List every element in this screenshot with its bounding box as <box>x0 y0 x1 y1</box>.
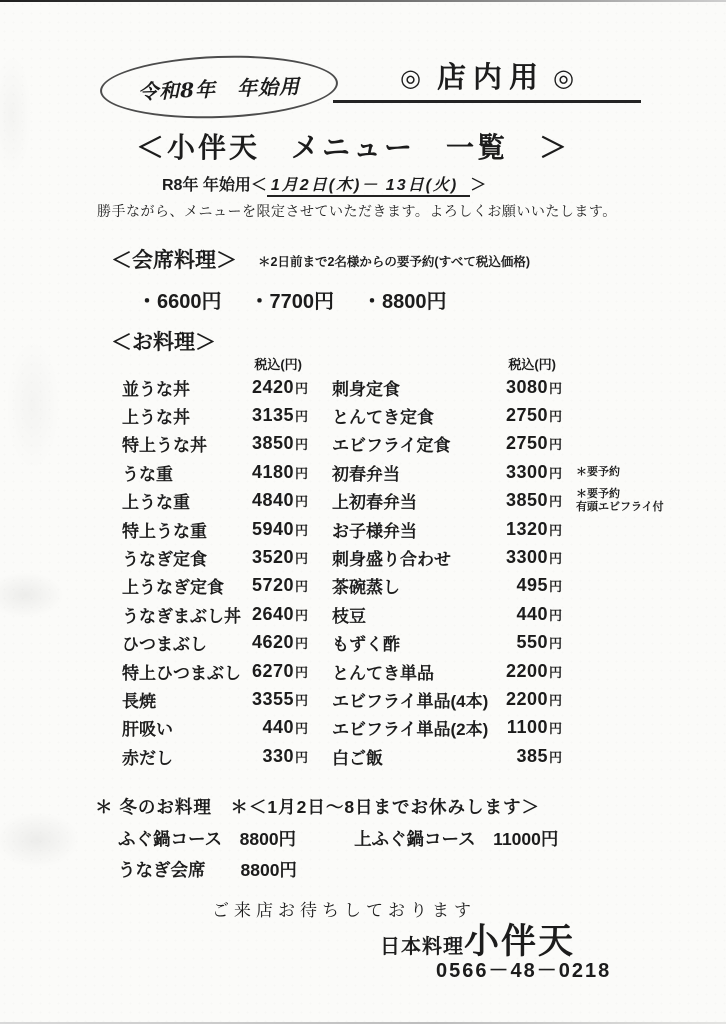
menu-title: ＜小伴天 メニュー 一覧 ＞ <box>136 126 570 166</box>
phone-number: 0566－48－0218 <box>436 954 611 983</box>
yen-suffix: 円 <box>295 494 308 509</box>
winter-items-line1: ふぐ鍋コース 8800円 上ふぐ鍋コース 11000円 <box>118 826 558 851</box>
dish-price: 3300円 <box>500 462 562 483</box>
yen-suffix: 円 <box>549 636 562 651</box>
dishes-table: 税込(円) 税込(円) 並うな丼 2420円 刺身定食 3080円 上うな丼 3… <box>122 352 720 770</box>
table-row: 肝吸い 440円 エビフライ単品(2本) 1100円 <box>122 714 720 742</box>
dish-name: うなぎまぶし丼 <box>122 602 234 627</box>
scan-top-edge <box>0 0 726 2</box>
dish-name: とんてき単品 <box>332 659 500 684</box>
dish-price: 2200円 <box>500 661 562 682</box>
winter-item: 上ふぐ鍋コース 11000円 <box>354 826 558 851</box>
table-row: うなぎまぶし丼 2640円 枝豆 440円 <box>122 600 720 628</box>
yen-suffix: 円 <box>549 551 562 566</box>
dish-price: 385円 <box>500 746 562 767</box>
dish-name: 上初春弁当 <box>332 488 500 513</box>
dish-price: 2200円 <box>500 689 562 710</box>
yen-suffix: 円 <box>295 693 308 708</box>
dish-price: 3850円 <box>500 490 562 511</box>
dish-price: 3355円 <box>234 689 308 710</box>
scan-smudge <box>0 572 64 618</box>
scanned-menu-page: 令和8年 年始用 ◎ 店内用 ◎ ＜小伴天 メニュー 一覧 ＞ R8年 年始用＜… <box>0 0 726 1024</box>
kaiseki-note: ＊2日前まで2名様からの要予約(すべて税込価格) <box>258 252 530 270</box>
year-stamp-text: 令和8年 年始用 <box>138 70 301 105</box>
kaiseki-heading: ＜会席料理＞ <box>111 244 237 274</box>
dish-name: 上うな重 <box>122 488 234 513</box>
period-prefix: R8年 年始用＜ <box>162 177 267 194</box>
scan-smudge <box>6 340 60 470</box>
dish-name: うなぎ定食 <box>122 545 234 570</box>
kaiseki-price-list: ・6600円 ・7700円 ・8800円 <box>137 285 447 314</box>
yen-suffix: 円 <box>549 721 562 736</box>
yen-suffix: 円 <box>549 665 562 680</box>
table-row: 長焼 3355円 エビフライ単品(4本) 2200円 <box>122 685 720 713</box>
yen-suffix: 円 <box>549 466 562 481</box>
dish-price: 3520円 <box>234 547 308 568</box>
dish-price: 440円 <box>234 717 308 738</box>
dish-price: 3080円 <box>500 377 562 398</box>
dish-name: 赤だし <box>122 744 234 769</box>
scan-smudge <box>0 55 32 175</box>
double-circle-icon: ◎ <box>400 67 421 91</box>
dish-name: 長焼 <box>122 687 234 712</box>
period-suffix: ＞ <box>470 177 486 194</box>
dish-name: 枝豆 <box>332 602 500 627</box>
dish-price: 4180円 <box>234 462 308 483</box>
kaiseki-price: ・8800円 <box>362 285 447 314</box>
year-stamp-ellipse: 令和8年 年始用 <box>99 52 339 122</box>
table-row: 上うなぎ定食 5720円 茶碗蒸し 495円 <box>122 572 720 600</box>
dish-name: お子様弁当 <box>332 517 500 542</box>
table-row: 特上うな丼 3850円 エビフライ定食 2750円 <box>122 430 720 458</box>
dish-note: ＊要予約 有頭エビフライ付 <box>562 488 720 514</box>
yen-suffix: 円 <box>295 466 308 481</box>
dish-price: 2750円 <box>500 433 562 454</box>
yen-suffix: 円 <box>295 409 308 424</box>
yen-suffix: 円 <box>295 437 308 452</box>
yen-suffix: 円 <box>549 750 562 765</box>
yen-suffix: 円 <box>549 523 562 538</box>
yen-suffix: 円 <box>549 608 562 623</box>
dish-price: 330円 <box>234 746 308 767</box>
tax-header-right: 税込(円) <box>500 354 562 373</box>
scan-smudge <box>0 812 80 868</box>
dish-price: 2640円 <box>234 604 308 625</box>
dish-name: エビフライ単品(2本) <box>332 715 500 740</box>
yen-suffix: 円 <box>295 721 308 736</box>
dish-price: 4620円 <box>234 632 308 653</box>
dish-price: 3135円 <box>234 405 308 426</box>
winter-heading: ＊ 冬のお料理 ＊＜1月2日～8日までお休みします＞ <box>95 794 540 819</box>
yen-suffix: 円 <box>295 750 308 765</box>
dish-price: 1320円 <box>500 519 562 540</box>
table-row: 特上ひつまぶし 6270円 とんてき単品 2200円 <box>122 657 720 685</box>
notice-text: 勝手ながら、メニューを限定させていただきます。よろしくお願いいたします。 <box>97 201 617 221</box>
table-row: 上うな重 4840円 上初春弁当 3850円 ＊要予約 有頭エビフライ付 <box>122 487 720 515</box>
table-row: 上うな丼 3135円 とんてき定食 2750円 <box>122 401 720 429</box>
dish-price: 3850円 <box>234 433 308 454</box>
dish-name: 刺身盛り合わせ <box>332 545 500 570</box>
dish-price: 495円 <box>500 575 562 596</box>
dish-name: 肝吸い <box>122 715 234 740</box>
dish-price: 440円 <box>500 604 562 625</box>
kaiseki-price: ・7700円 <box>250 285 335 314</box>
yen-suffix: 円 <box>295 579 308 594</box>
yen-suffix: 円 <box>295 665 308 680</box>
dish-price: 5720円 <box>234 575 308 596</box>
yen-suffix: 円 <box>549 381 562 396</box>
dish-name: もずく酢 <box>332 630 500 655</box>
table-row: ひつまぶし 4620円 もずく酢 550円 <box>122 629 720 657</box>
period-line: R8年 年始用＜1月2日(木)－ 13日(火)＞ <box>162 172 486 195</box>
period-dates: 1月2日(木)－ 13日(火) <box>267 177 470 197</box>
yen-suffix: 円 <box>295 381 308 396</box>
winter-item: うなぎ会席 8800円 <box>118 857 297 882</box>
dish-price: 2420円 <box>234 377 308 398</box>
dish-note: ＊要予約 <box>562 466 720 479</box>
table-row: うなぎ定食 3520円 刺身盛り合わせ 3300円 <box>122 543 720 571</box>
dish-name: 初春弁当 <box>332 460 500 485</box>
yen-suffix: 円 <box>549 579 562 594</box>
kaiseki-price: ・6600円 <box>137 285 222 314</box>
dish-price: 550円 <box>500 632 562 653</box>
yen-suffix: 円 <box>295 551 308 566</box>
table-row: うな重 4180円 初春弁当 3300円 ＊要予約 <box>122 458 720 486</box>
dish-name: 上うな丼 <box>122 403 234 428</box>
dish-name: エビフライ単品(4本) <box>332 687 500 712</box>
dish-price: 5940円 <box>234 519 308 540</box>
dish-name: とんてき定食 <box>332 403 500 428</box>
table-row: 並うな丼 2420円 刺身定食 3080円 <box>122 373 720 401</box>
table-row: 特上うな重 5940円 お子様弁当 1320円 <box>122 515 720 543</box>
double-circle-icon: ◎ <box>553 67 574 91</box>
yen-suffix: 円 <box>295 523 308 538</box>
dish-name: 白ご飯 <box>332 744 500 769</box>
dish-name: うな重 <box>122 460 234 485</box>
winter-item: ふぐ鍋コース 8800円 <box>118 826 296 851</box>
dish-price: 1100円 <box>500 717 562 738</box>
table-row: 赤だし 330円 白ご飯 385円 <box>122 742 720 770</box>
dish-price: 4840円 <box>234 490 308 511</box>
yen-suffix: 円 <box>549 494 562 509</box>
dish-price: 2750円 <box>500 405 562 426</box>
dish-name: 特上ひつまぶし <box>122 659 234 684</box>
dish-name: 刺身定食 <box>332 375 500 400</box>
dish-name: 上うなぎ定食 <box>122 573 234 598</box>
table-header-row: 税込(円) 税込(円) <box>122 352 720 373</box>
yen-suffix: 円 <box>549 693 562 708</box>
dish-name: 並うな丼 <box>122 375 234 400</box>
store-use-banner: ◎ 店内用 ◎ <box>333 64 641 103</box>
yen-suffix: 円 <box>295 636 308 651</box>
yen-suffix: 円 <box>295 608 308 623</box>
yen-suffix: 円 <box>549 409 562 424</box>
dish-name: 茶碗蒸し <box>332 573 500 598</box>
dish-price: 6270円 <box>234 661 308 682</box>
dish-price: 3300円 <box>500 547 562 568</box>
tax-header-left: 税込(円) <box>234 354 308 373</box>
dish-name: ひつまぶし <box>122 630 234 655</box>
yen-suffix: 円 <box>549 437 562 452</box>
store-use-label: 店内用 <box>437 64 545 93</box>
dish-name: 特上うな丼 <box>122 431 234 456</box>
dish-name: 特上うな重 <box>122 517 234 542</box>
dish-name: エビフライ定食 <box>332 431 500 456</box>
